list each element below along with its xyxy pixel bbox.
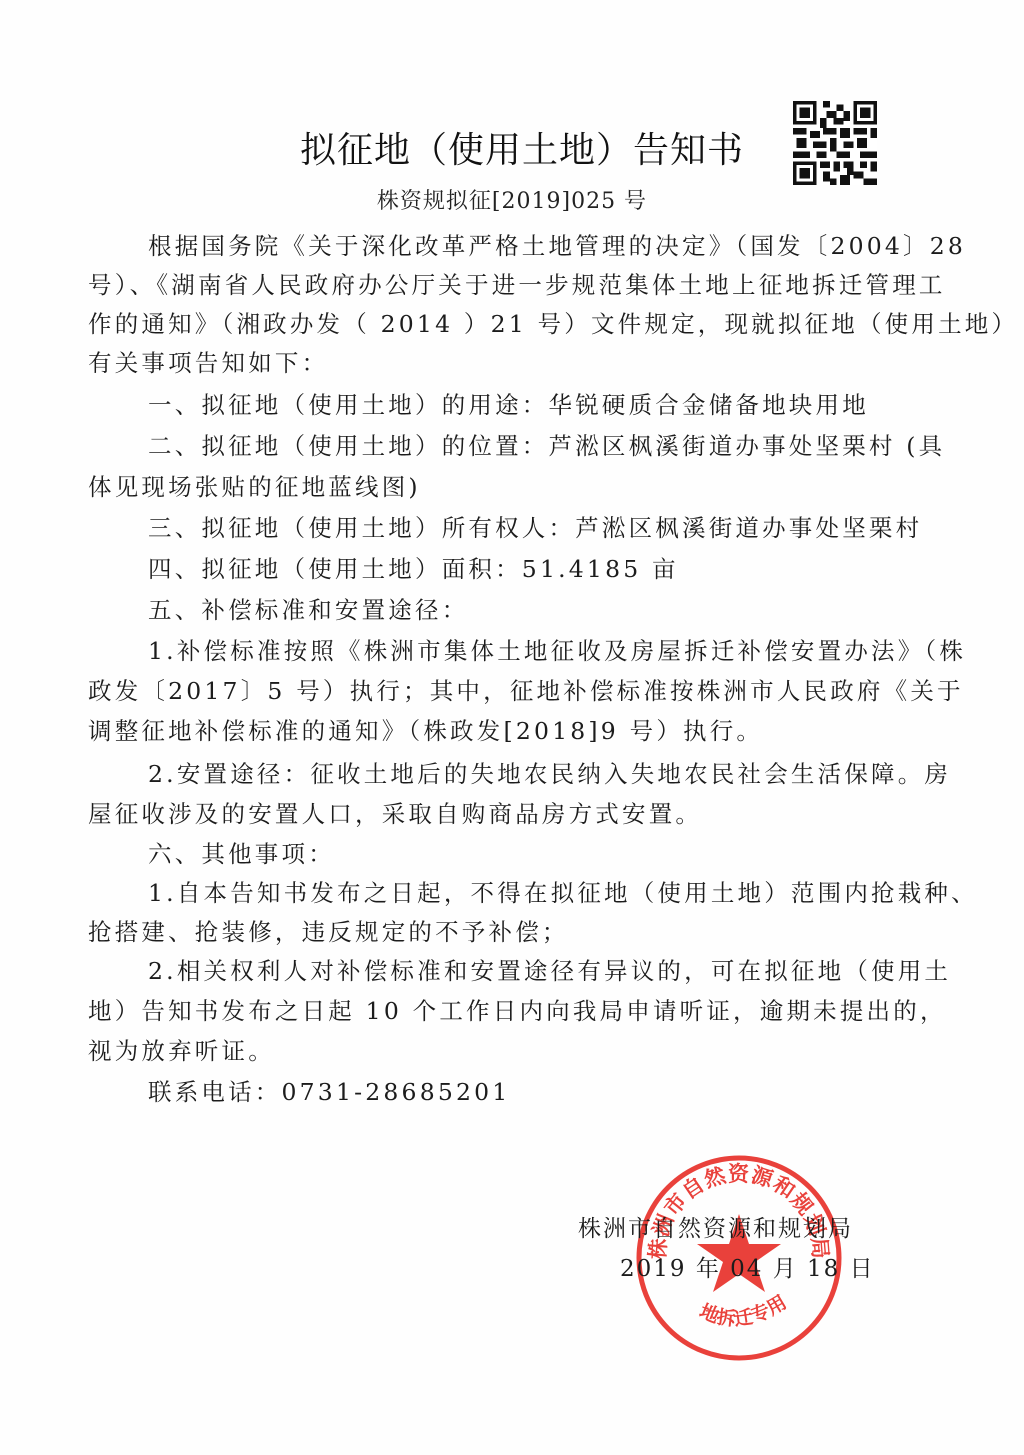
notice-document: 拟征地（使用土地）告知书 株资规拟征[2019]025 号 根据国务院《关于深化…: [0, 0, 1024, 1455]
item-compensation-heading: 五、补偿标准和安置途径：: [148, 594, 958, 626]
body-line: 地）告知书发布之日起 10 个工作日内向我局申请听证，逾期未提出的，: [88, 995, 958, 1027]
item-usage: 一、拟征地（使用土地）的用途：华锐硬质合金储备地块用地: [148, 389, 958, 421]
issuer-signature: 株洲市自然资源和规划局: [578, 1210, 853, 1243]
document-number: 株资规拟征[2019]025 号: [0, 184, 1024, 215]
issue-date: 2019 年 04 月 18 日: [620, 1250, 875, 1283]
body-line: 体见现场张贴的征地蓝线图): [88, 471, 958, 503]
body-line: 政发〔2017〕5 号）执行；其中，征地补偿标准按株洲市人民政府《关于: [88, 675, 958, 707]
item-area: 四、拟征地（使用土地）面积：51.4185 亩: [148, 553, 958, 585]
body-line: 号）、《湖南省人民政府办公厅关于进一步规范集体土地上征地拆迁管理工: [88, 269, 958, 301]
item-other-heading: 六、其他事项：: [148, 838, 958, 870]
contact-phone: 联系电话：0731-28685201: [148, 1076, 958, 1108]
body-line: 作的通知》（湘政办发（ 2014 ）21 号）文件规定，现就拟征地（使用土地）: [88, 308, 958, 340]
body-line: 2.相关权利人对补偿标准和安置途径有异议的，可在拟征地（使用土: [148, 955, 958, 987]
qr-code-icon[interactable]: [793, 101, 877, 185]
body-line: 1.自本告知书发布之日起，不得在拟征地（使用土地）范围内抢栽种、: [148, 877, 958, 909]
item-owner: 三、拟征地（使用土地）所有权人：芦淞区枫溪街道办事处坚栗村: [148, 512, 958, 544]
body-line: 根据国务院《关于深化改革严格土地管理的决定》（国发〔2004〕28: [148, 230, 958, 262]
body-line: 有关事项告知如下：: [88, 347, 958, 379]
body-line: 调整征地补偿标准的通知》（株政发[2018]9 号）执行。: [88, 715, 958, 747]
body-line: 1.补偿标准按照《株洲市集体土地征收及房屋拆迁补偿安置办法》（株: [148, 635, 958, 667]
body-line: 2.安置途径：征收土地后的失地农民纳入失地农民社会生活保障。房: [148, 758, 958, 790]
item-location: 二、拟征地（使用土地）的位置：芦淞区枫溪街道办事处坚栗村 (具: [148, 430, 958, 462]
body-line: 屋征收涉及的安置人口，采取自购商品房方式安置。: [88, 798, 958, 830]
body-line: 抢搭建、抢装修，违反规定的不予补偿；: [88, 916, 958, 948]
body-line: 视为放弃听证。: [88, 1035, 958, 1067]
